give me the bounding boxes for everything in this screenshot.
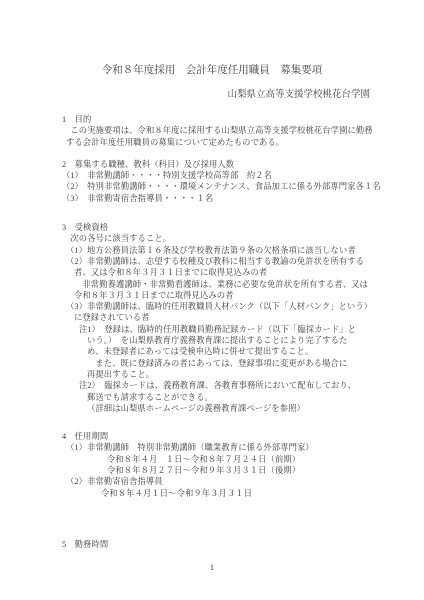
eligibility-note-line: また、既に登録済みの者にあっては、登録事項に変更がある場合に (87, 358, 424, 369)
eligibility-note-line: 注2） 臨採カードは、義務教育課、各教育事務所において配布しており、 (79, 380, 424, 391)
eligibility-line: 非常勤養護講師・非常勤看護師は、業務に必要な免許状を所有する者、又は (74, 279, 424, 290)
purpose-line: この実施要項は、令和８年度に採用する山梨県立高等支援学校桃花台学園に勤務 (62, 125, 424, 136)
appointment-line: （1）非常勤講師 特別非常勤講師（職業教育に係る外部専門家） (66, 442, 424, 453)
eligibility-line: （2）非常勤講師は、志望する校種及び教科に相当する教諭の免許状を所有する (66, 256, 424, 267)
document-title: 令和８年度採用 会計年度任用職員 募集要項 (0, 64, 424, 77)
eligibility-intro: 次の各号に該当すること。 (62, 233, 424, 244)
eligibility-line: 者、又は令和８年３月３１日までに取得見込みの者 (74, 267, 424, 278)
eligibility-note-line: 再提出すること。 (87, 369, 424, 380)
eligibility-line: 令和８年３月３１日までに取得見込みの者 (74, 290, 424, 301)
recruitment-item: （3） 非常勤寄宿舎指導員・・・・１名 (62, 193, 424, 204)
appointment-line: 令和８年４月１日～令和９年３月３１日 (101, 488, 424, 499)
document-page: 令和８年度採用 会計年度任用職員 募集要項 山梨県立高等支援学校桃花台学園 1 … (0, 0, 424, 600)
eligibility-line: に登録されている者 (74, 312, 424, 323)
section-working-hours-heading: 5 勤務時間 (62, 539, 424, 550)
section-appointment-heading: 4 任用期間 (62, 431, 424, 442)
purpose-line: する会計年度任用職員の募集について定めたものである。 (66, 137, 424, 148)
eligibility-line: （3）非常勤講師は、臨時的任用教職員人材バンク（以下「人材バンク」という） (66, 301, 424, 312)
appointment-line: （2）非常勤寄宿舎指導員 (66, 476, 424, 487)
recruitment-item: （2） 特別非常勤講師・・・・環境メンテナンス、食品加工に係る外部専門家各１名 (62, 181, 424, 192)
eligibility-note-line: 注1） 登録は、臨時的任用教職員勤務記録カード（以下「臨採カード」と (79, 324, 424, 335)
appointment-line: 令和８年４月 １日～令和８年７月２４日（前期） (107, 454, 424, 465)
recruitment-item: （1） 非常勤講師・・・・特別支援学校高等部 約２名 (62, 170, 424, 181)
eligibility-note-line: め、未登録者にあっては受検申込時に併せて提出すること。 (87, 346, 424, 357)
eligibility-note-line: 郵送でも請求することができる。 (87, 392, 424, 403)
section-eligibility-heading: 3 受検資格 (62, 222, 424, 233)
appointment-line: 令和８年８月２７日～令和９年３月３１日（後期） (107, 465, 424, 476)
section-purpose-heading: 1 目的 (62, 114, 424, 125)
eligibility-note-line: （詳細は山梨県ホームページの義務教育課ページを参照） (87, 403, 424, 414)
school-name: 山梨県立高等支援学校桃花台学園 (0, 89, 424, 101)
section-recruitment-heading: 2 募集する職種、教科（科目）及び採用人数 (62, 159, 424, 170)
eligibility-line: （1）地方公務員法第１６条及び学校教育法第９条の欠格条項に該当しない者 (66, 245, 424, 256)
page-number: 1 (0, 562, 424, 572)
eligibility-note-line: いう。） を山梨県教育庁義務教育課に提出することにより完了するた (87, 335, 424, 346)
